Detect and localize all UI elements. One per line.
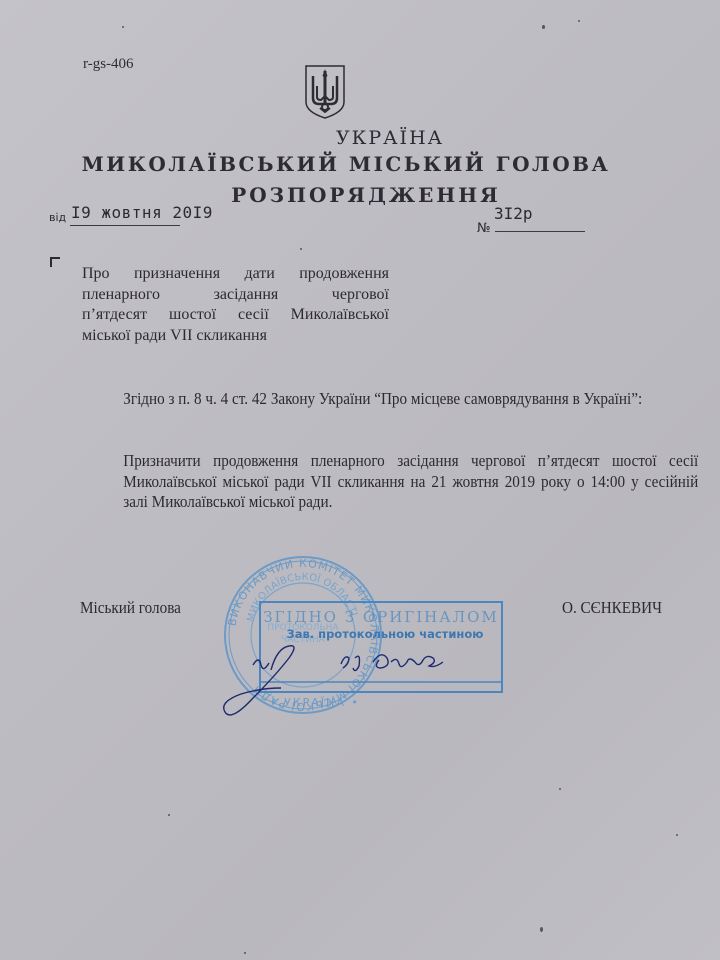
- certification-stamp: ВИКОНАВЧИЙ КОМІТЕТ МИКОЛАЇВСЬКОЇ МІСЬКОЇ…: [205, 540, 525, 730]
- signatory-name: О. СЄНКЕВИЧ: [562, 598, 662, 618]
- paragraph-text: Призначити продовження пленарного засіда…: [80, 451, 698, 513]
- subject-corner-mark: [50, 257, 60, 267]
- svg-text:ЗГІДНО З ОРИГІНАЛОМ: ЗГІДНО З ОРИГІНАЛОМ: [263, 608, 499, 626]
- document-subject: Про призначення дати продовження пленарн…: [82, 264, 389, 346]
- subject-line: п’ятдесят шостої сесії Миколаївської: [82, 305, 389, 326]
- document-id: r-gs-406: [83, 56, 134, 73]
- number-prefix: №: [477, 221, 491, 236]
- trident-coat-of-arms-icon: [303, 64, 347, 120]
- signatory-title: Міський голова: [80, 598, 181, 618]
- document-number: 3I2р: [494, 204, 533, 223]
- paragraph-text: Згідно з п. 8 ч. 4 ст. 42 Закону України…: [80, 389, 698, 410]
- subject-line: міської ради VII скликання: [82, 326, 389, 347]
- date-underline: [70, 225, 180, 226]
- subject-line: пленарного засідання чергової: [82, 285, 389, 306]
- body-paragraph-decision: Призначити продовження пленарного засіда…: [80, 451, 698, 513]
- number-underline: [495, 231, 585, 232]
- body-paragraph-legal-basis: Згідно з п. 8 ч. 4 ст. 42 Закону України…: [80, 389, 698, 410]
- document-date: I9 жовтня 20I9: [71, 203, 213, 222]
- date-prefix: від: [49, 211, 66, 224]
- svg-text:• УКРАЇНА •: • УКРАЇНА •: [270, 696, 360, 709]
- subject-line: Про призначення дати продовження: [82, 264, 389, 285]
- svg-text:Зав. протокольною частиною: Зав. протокольною частиною: [287, 627, 484, 641]
- header-organization: МИКОЛАЇВСЬКИЙ МІСЬКИЙ ГОЛОВА: [0, 152, 706, 176]
- header-country: УКРАЇНА: [30, 127, 720, 149]
